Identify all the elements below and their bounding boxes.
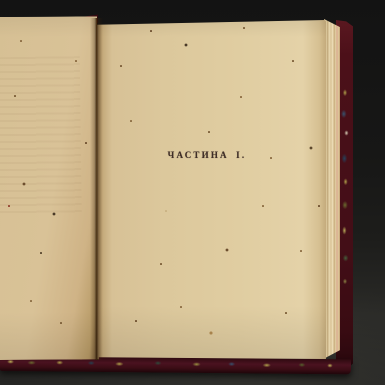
foxing-specks	[0, 0, 2, 2]
text-showthrough	[0, 56, 82, 217]
page-fore-edge-stack	[324, 19, 340, 359]
book-gutter-shadow	[90, 18, 103, 360]
right-page	[96, 20, 326, 360]
book-photo-scene: ЧАСТИНА I.	[0, 0, 385, 385]
part-title-heading: ЧАСТИНА I.	[92, 149, 322, 161]
gutter-crease-line	[96, 18, 97, 360]
marbled-edge-decoration-bottom	[0, 358, 351, 369]
marbled-edge-decoration	[339, 80, 351, 292]
left-page	[0, 16, 99, 360]
